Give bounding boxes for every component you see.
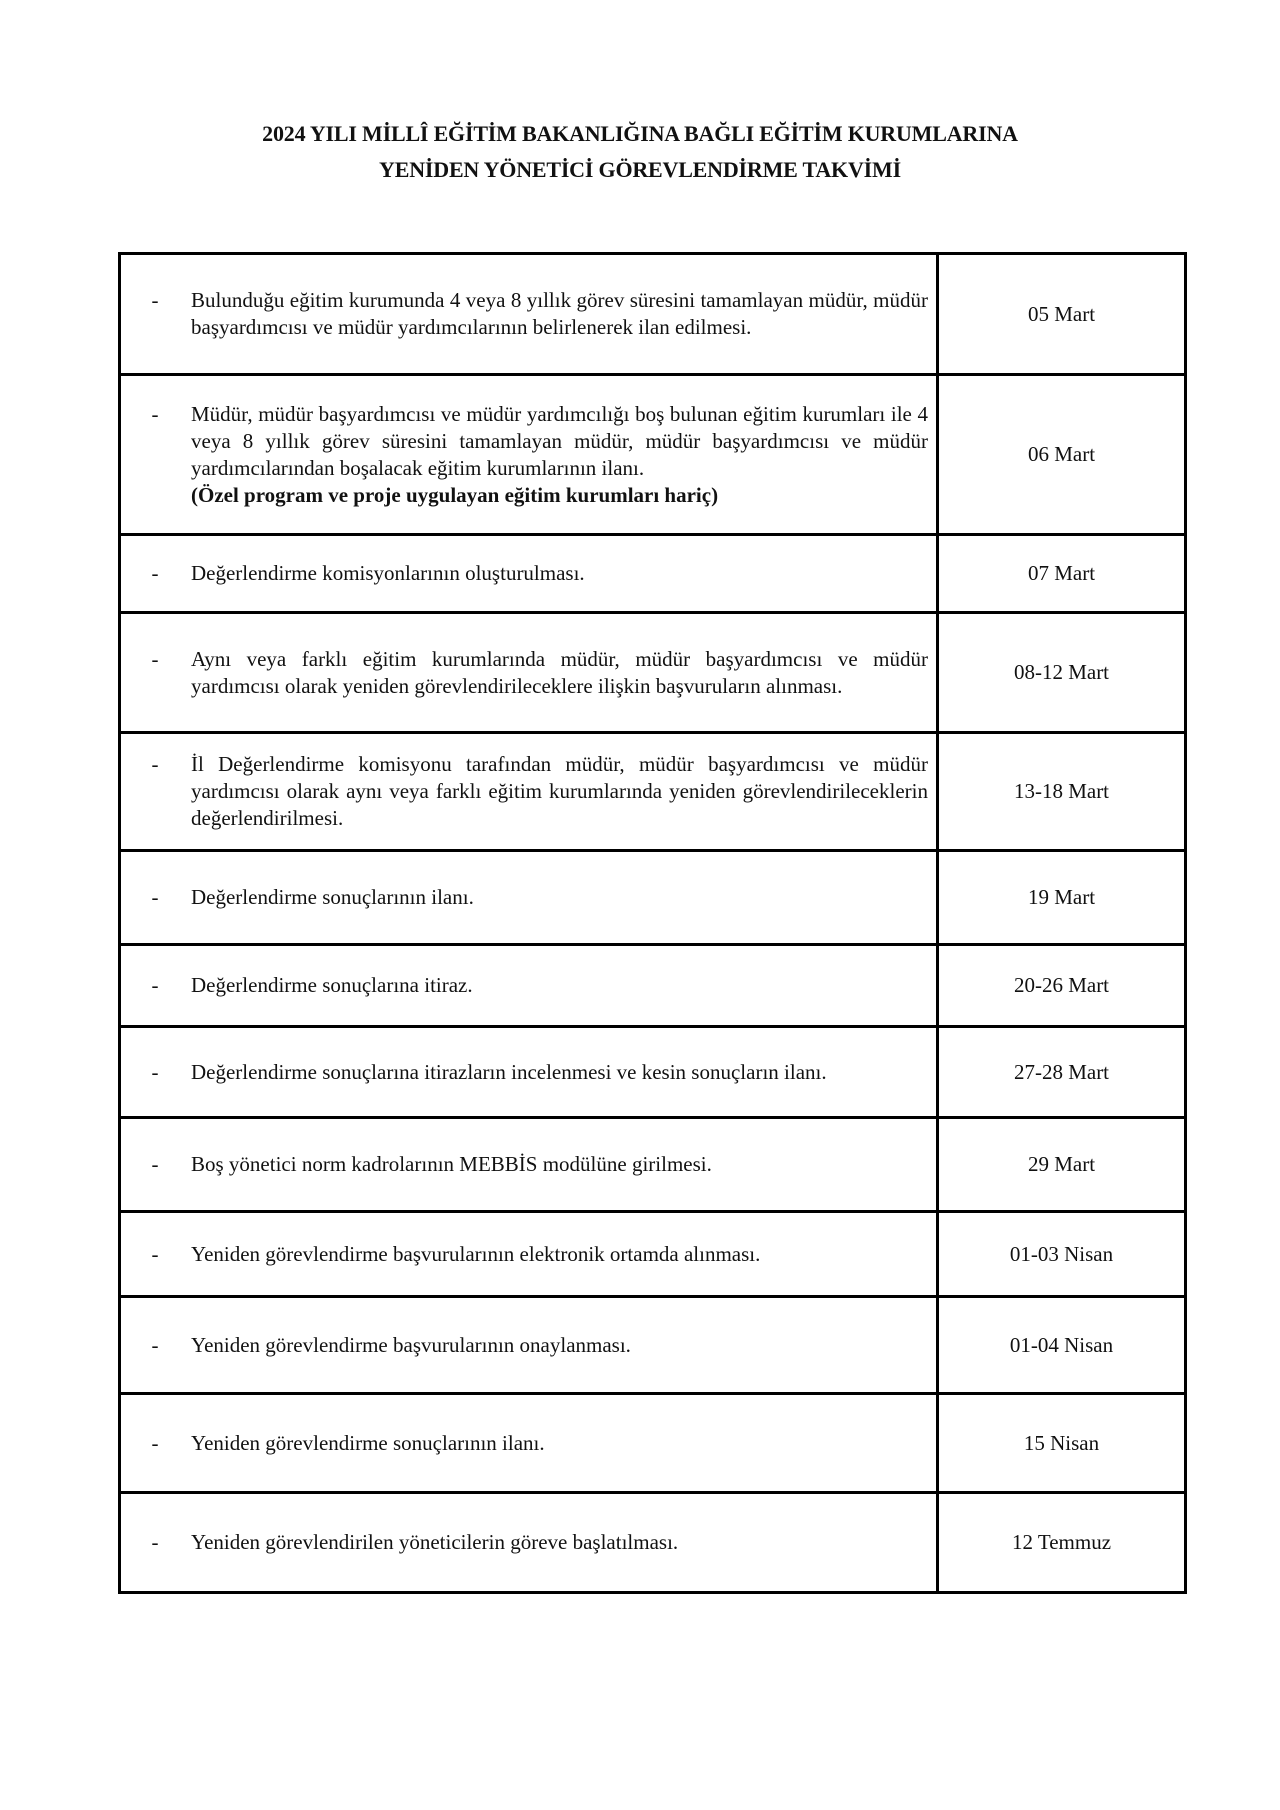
title-line-1: 2024 YILI MİLLÎ EĞİTİM BAKANLIĞINA BAĞLI… xyxy=(0,116,1280,152)
schedule-row: -Bulunduğu eğitim kurumunda 4 veya 8 yıl… xyxy=(120,254,1186,375)
activity-cell: -Boş yönetici norm kadrolarının MEBBİS m… xyxy=(120,1118,938,1212)
activity-description: Aynı veya farklı eğitim kurumlarında müd… xyxy=(191,647,928,698)
activity-cell: -Yeniden görevlendirme başvurularının el… xyxy=(120,1212,938,1297)
activity-text-block: Aynı veya farklı eğitim kurumlarında müd… xyxy=(169,646,928,700)
activity-content: -Yeniden görevlendirilen yöneticilerin g… xyxy=(121,1529,928,1556)
activity-cell: -Değerlendirme komisyonlarının oluşturul… xyxy=(120,535,938,613)
activity-text-block: Değerlendirme sonuçlarının ilanı. xyxy=(169,884,928,911)
activity-text-block: İl Değerlendirme komisyonu tarafından mü… xyxy=(169,751,928,832)
schedule-date: 07 Mart xyxy=(1028,561,1095,585)
schedule-row: -Değerlendirme sonuçlarına itirazların i… xyxy=(120,1027,1186,1118)
activity-text-block: Boş yönetici norm kadrolarının MEBBİS mo… xyxy=(169,1151,928,1178)
activity-note: (Özel program ve proje uygulayan eğitim … xyxy=(191,482,928,509)
schedule-row: -Aynı veya farklı eğitim kurumlarında mü… xyxy=(120,613,1186,733)
activity-text-block: Müdür, müdür başyardımcısı ve müdür yard… xyxy=(169,401,928,509)
activity-cell: -İl Değerlendirme komisyonu tarafından m… xyxy=(120,733,938,851)
bullet-dash: - xyxy=(121,1241,169,1268)
activity-cell: -Değerlendirme sonuçlarının ilanı. xyxy=(120,851,938,945)
schedule-date: 06 Mart xyxy=(1028,442,1095,466)
schedule-row: -Değerlendirme komisyonlarının oluşturul… xyxy=(120,535,1186,613)
activity-content: -Değerlendirme sonuçlarına itirazların i… xyxy=(121,1059,928,1086)
title-line-2: YENİDEN YÖNETİCİ GÖREVLENDİRME TAKVİMİ xyxy=(0,152,1280,188)
bullet-dash: - xyxy=(121,1332,169,1359)
schedule-row: -Müdür, müdür başyardımcısı ve müdür yar… xyxy=(120,375,1186,535)
date-cell: 05 Mart xyxy=(938,254,1186,375)
activity-description: İl Değerlendirme komisyonu tarafından mü… xyxy=(191,752,928,830)
activity-description: Yeniden görevlendirme başvurularının ona… xyxy=(191,1333,631,1357)
schedule-row: -Yeniden görevlendirilen yöneticilerin g… xyxy=(120,1493,1186,1593)
schedule-row: -Yeniden görevlendirme başvurularının on… xyxy=(120,1297,1186,1394)
activity-text-block: Yeniden görevlendirilen yöneticilerin gö… xyxy=(169,1529,928,1556)
bullet-dash: - xyxy=(121,972,169,999)
activity-text-block: Yeniden görevlendirme başvurularının ona… xyxy=(169,1332,928,1359)
activity-content: -Müdür, müdür başyardımcısı ve müdür yar… xyxy=(121,401,928,509)
schedule-row: -Değerlendirme sonuçlarına itiraz.20-26 … xyxy=(120,945,1186,1027)
bullet-dash: - xyxy=(121,560,169,587)
activity-description: Yeniden görevlendirme sonuçlarının ilanı… xyxy=(191,1431,545,1455)
bullet-dash: - xyxy=(121,1529,169,1556)
activity-description: Değerlendirme sonuçlarına itirazların in… xyxy=(191,1060,827,1084)
schedule-row: -İl Değerlendirme komisyonu tarafından m… xyxy=(120,733,1186,851)
date-cell: 06 Mart xyxy=(938,375,1186,535)
activity-cell: -Yeniden görevlendirme başvurularının on… xyxy=(120,1297,938,1394)
date-cell: 29 Mart xyxy=(938,1118,1186,1212)
bullet-dash: - xyxy=(121,1059,169,1086)
bullet-dash: - xyxy=(121,751,169,778)
schedule-row: -Yeniden görevlendirme sonuçlarının ilan… xyxy=(120,1394,1186,1493)
date-cell: 01-03 Nisan xyxy=(938,1212,1186,1297)
schedule-date: 08-12 Mart xyxy=(1014,660,1109,684)
activity-text-block: Yeniden görevlendirme başvurularının ele… xyxy=(169,1241,928,1268)
activity-content: -İl Değerlendirme komisyonu tarafından m… xyxy=(121,751,928,832)
activity-content: -Bulunduğu eğitim kurumunda 4 veya 8 yıl… xyxy=(121,287,928,341)
schedule-date: 13-18 Mart xyxy=(1014,779,1109,803)
activity-cell: -Müdür, müdür başyardımcısı ve müdür yar… xyxy=(120,375,938,535)
activity-text-block: Yeniden görevlendirme sonuçlarının ilanı… xyxy=(169,1430,928,1457)
bullet-dash: - xyxy=(121,884,169,911)
activity-content: -Yeniden görevlendirme başvurularının el… xyxy=(121,1241,928,1268)
schedule-date: 29 Mart xyxy=(1028,1152,1095,1176)
schedule-row: -Boş yönetici norm kadrolarının MEBBİS m… xyxy=(120,1118,1186,1212)
schedule-date: 05 Mart xyxy=(1028,302,1095,326)
activity-content: -Yeniden görevlendirme sonuçlarının ilan… xyxy=(121,1430,928,1457)
date-cell: 08-12 Mart xyxy=(938,613,1186,733)
activity-text-block: Değerlendirme sonuçlarına itirazların in… xyxy=(169,1059,928,1086)
activity-description: Değerlendirme komisyonlarının oluşturulm… xyxy=(191,561,585,585)
schedule-date: 19 Mart xyxy=(1028,885,1095,909)
activity-cell: -Değerlendirme sonuçlarına itirazların i… xyxy=(120,1027,938,1118)
activity-description: Müdür, müdür başyardımcısı ve müdür yard… xyxy=(191,402,928,480)
schedule-date: 01-03 Nisan xyxy=(1010,1242,1113,1266)
activity-description: Yeniden görevlendirme başvurularının ele… xyxy=(191,1242,760,1266)
schedule-date: 01-04 Nisan xyxy=(1010,1333,1113,1357)
schedule-row: -Değerlendirme sonuçlarının ilanı.19 Mar… xyxy=(120,851,1186,945)
date-cell: 07 Mart xyxy=(938,535,1186,613)
document-title: 2024 YILI MİLLÎ EĞİTİM BAKANLIĞINA BAĞLI… xyxy=(0,116,1280,188)
activity-content: -Değerlendirme sonuçlarının ilanı. xyxy=(121,884,928,911)
date-cell: 12 Temmuz xyxy=(938,1493,1186,1593)
date-cell: 15 Nisan xyxy=(938,1394,1186,1493)
activity-text-block: Değerlendirme sonuçlarına itiraz. xyxy=(169,972,928,999)
schedule-date: 20-26 Mart xyxy=(1014,973,1109,997)
bullet-dash: - xyxy=(121,646,169,673)
bullet-dash: - xyxy=(121,287,169,314)
date-cell: 20-26 Mart xyxy=(938,945,1186,1027)
activity-description: Bulunduğu eğitim kurumunda 4 veya 8 yıll… xyxy=(191,288,928,339)
schedule-row: -Yeniden görevlendirme başvurularının el… xyxy=(120,1212,1186,1297)
date-cell: 01-04 Nisan xyxy=(938,1297,1186,1394)
bullet-dash: - xyxy=(121,1151,169,1178)
activity-text-block: Değerlendirme komisyonlarının oluşturulm… xyxy=(169,560,928,587)
activity-content: -Değerlendirme komisyonlarının oluşturul… xyxy=(121,560,928,587)
activity-description: Değerlendirme sonuçlarına itiraz. xyxy=(191,973,473,997)
schedule-table: -Bulunduğu eğitim kurumunda 4 veya 8 yıl… xyxy=(118,252,1187,1594)
schedule-date: 27-28 Mart xyxy=(1014,1060,1109,1084)
date-cell: 19 Mart xyxy=(938,851,1186,945)
bullet-dash: - xyxy=(121,401,169,428)
activity-cell: -Değerlendirme sonuçlarına itiraz. xyxy=(120,945,938,1027)
activity-description: Değerlendirme sonuçlarının ilanı. xyxy=(191,885,474,909)
activity-cell: -Aynı veya farklı eğitim kurumlarında mü… xyxy=(120,613,938,733)
activity-description: Yeniden görevlendirilen yöneticilerin gö… xyxy=(191,1530,678,1554)
activity-cell: -Yeniden görevlendirme sonuçlarının ilan… xyxy=(120,1394,938,1493)
activity-content: -Boş yönetici norm kadrolarının MEBBİS m… xyxy=(121,1151,928,1178)
schedule-date: 12 Temmuz xyxy=(1012,1530,1111,1554)
schedule-date: 15 Nisan xyxy=(1024,1431,1099,1455)
schedule-table-body: -Bulunduğu eğitim kurumunda 4 veya 8 yıl… xyxy=(120,254,1186,1593)
activity-content: -Değerlendirme sonuçlarına itiraz. xyxy=(121,972,928,999)
activity-cell: -Bulunduğu eğitim kurumunda 4 veya 8 yıl… xyxy=(120,254,938,375)
activity-text-block: Bulunduğu eğitim kurumunda 4 veya 8 yıll… xyxy=(169,287,928,341)
activity-cell: -Yeniden görevlendirilen yöneticilerin g… xyxy=(120,1493,938,1593)
activity-description: Boş yönetici norm kadrolarının MEBBİS mo… xyxy=(191,1152,712,1176)
date-cell: 27-28 Mart xyxy=(938,1027,1186,1118)
activity-content: -Aynı veya farklı eğitim kurumlarında mü… xyxy=(121,646,928,700)
date-cell: 13-18 Mart xyxy=(938,733,1186,851)
activity-content: -Yeniden görevlendirme başvurularının on… xyxy=(121,1332,928,1359)
bullet-dash: - xyxy=(121,1430,169,1457)
